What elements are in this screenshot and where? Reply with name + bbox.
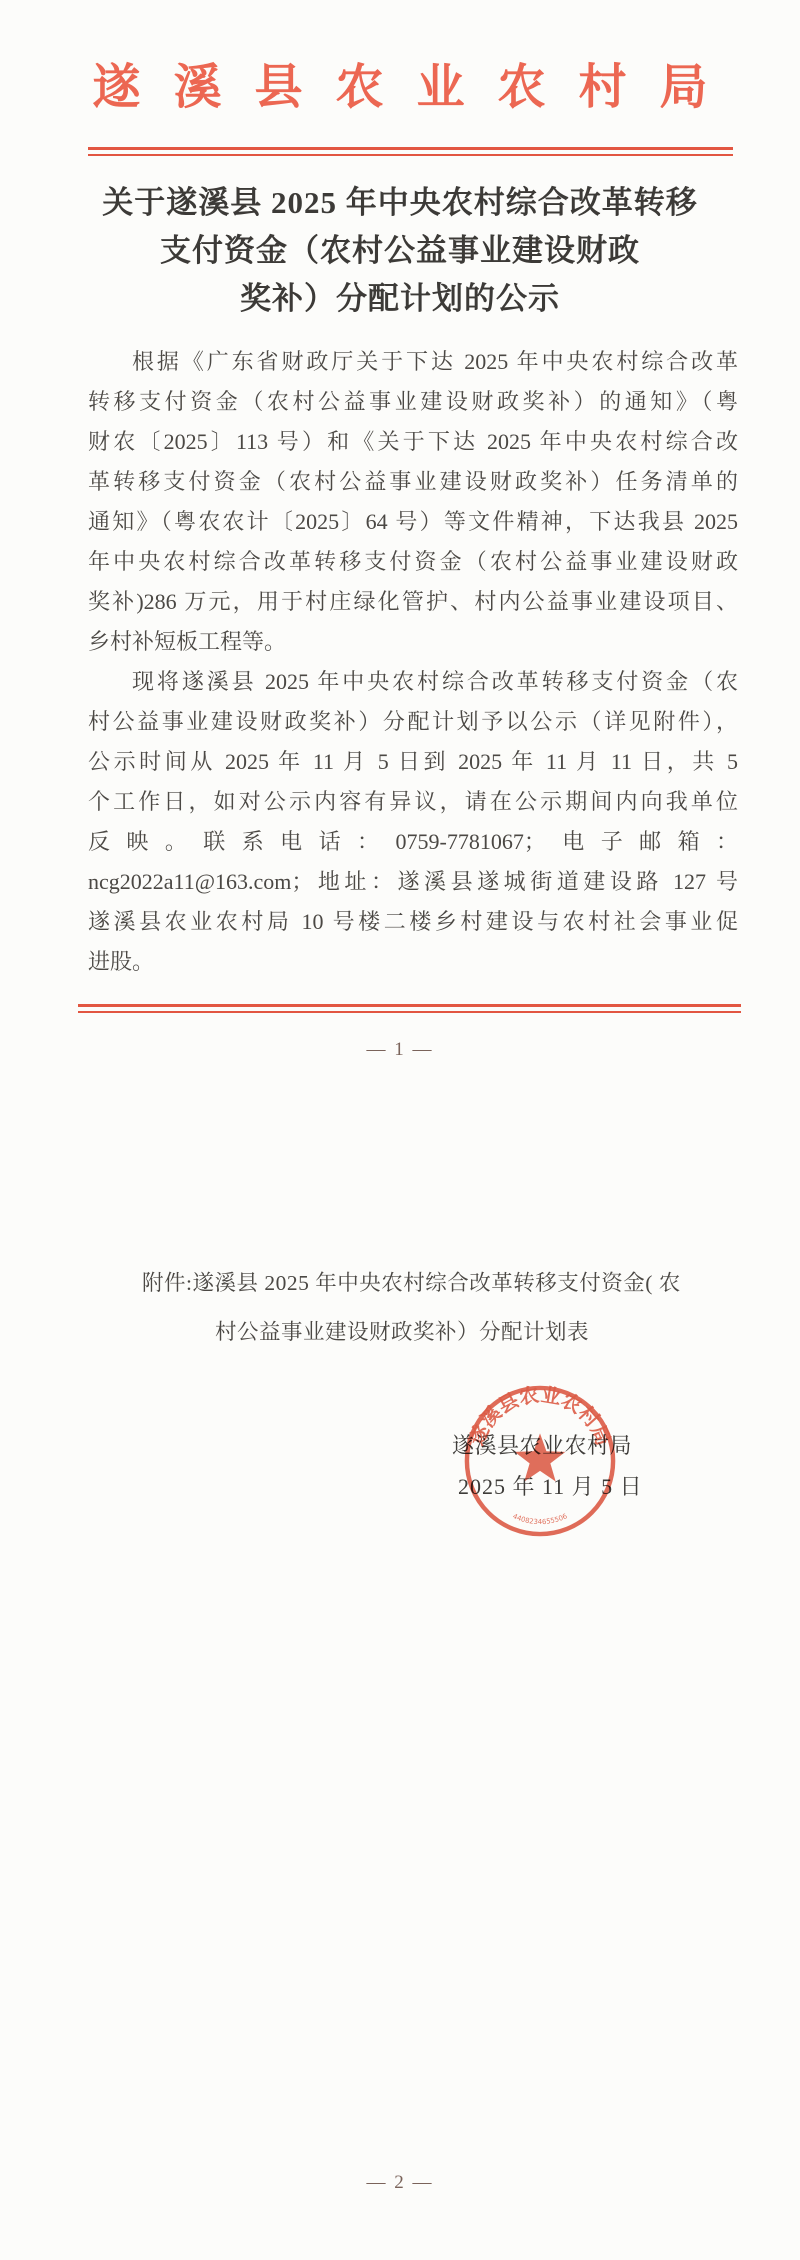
page-number-1: — 1 — <box>0 1039 800 1061</box>
notice-title: 关于遂溪县 2025 年中央农村综合改革转移 支付资金（农村公益事业建设财政 奖… <box>50 179 750 323</box>
body-line: 村公益事业建设财政奖补）分配计划予以公示（详见附件）， <box>88 702 738 742</box>
body-line: ncg2022a11@163.com；地址：遂溪县遂城街道建设路 127 号 <box>88 862 738 902</box>
title-line: 关于遂溪县 2025 年中央农村综合改革转移 <box>50 179 750 227</box>
body-line: 奖补)286 万元，用于村庄绿化管护、村内公益事业建设项目、 <box>88 582 738 622</box>
page1-footer-rule <box>78 1004 741 1013</box>
body-line: 个工作日，如对公示内容有异议，请在公示期间内向我单位 <box>88 782 738 822</box>
body-line: 遂溪县农业农村局 10 号楼二楼乡村建设与农村社会事业促 <box>88 902 738 942</box>
body-line: 乡村补短板工程等。 <box>88 622 738 662</box>
body-line: 财农〔2025〕113 号）和《关于下达 2025 年中央农村综合改 <box>88 422 738 462</box>
title-line: 奖补）分配计划的公示 <box>50 275 750 323</box>
body-line: 年中央农村综合改革转移支付资金（农村公益事业建设财政 <box>88 542 738 582</box>
body-line: 革转移支付资金（农村公益事业建设财政奖补）任务清单的 <box>88 462 738 502</box>
body-line: 通知》（粤农农计〔2025〕64 号）等文件精神，下达我县 2025 <box>88 502 738 542</box>
star-icon <box>515 1433 566 1481</box>
body-line: 现将遂溪县 2025 年中央农村综合改革转移支付资金（农 <box>88 662 738 702</box>
body-line: 转移支付资金（农村公益事业建设财政奖补）的通知》（粤 <box>88 382 738 422</box>
body-line: 公示时间从 2025 年 11 月 5 日到 2025 年 11 月 11 日，… <box>88 742 738 782</box>
attachment-line-1: 附件:遂溪县 2025 年中央农村综合改革转移支付资金( 农 <box>142 1266 681 1297</box>
body-text: 根据《广东省财政厅关于下达 2025 年中央农村综合改革转移支付资金（农村公益事… <box>88 342 738 982</box>
page-number-2: — 2 — <box>0 2172 800 2194</box>
body-line: 反映。联系电话：0759-7781067；电子邮箱： <box>88 822 738 862</box>
header-rule <box>88 147 733 156</box>
title-line: 支付资金（农村公益事业建设财政 <box>50 227 750 275</box>
agency-header-title: 遂溪县农业农村局 <box>0 48 800 117</box>
document-page: 遂溪县农业农村局 关于遂溪县 2025 年中央农村综合改革转移 支付资金（农村公… <box>0 0 800 2260</box>
body-line: 进股。 <box>88 942 738 982</box>
body-line: 根据《广东省财政厅关于下达 2025 年中央农村综合改革 <box>88 342 738 382</box>
official-seal-stamp: 遂溪县农业农村局 4408234655506 <box>461 1382 619 1540</box>
attachment-line-2: 村公益事业建设财政奖补）分配计划表 <box>215 1315 589 1346</box>
seal-code: 4408234655506 <box>511 1512 568 1526</box>
